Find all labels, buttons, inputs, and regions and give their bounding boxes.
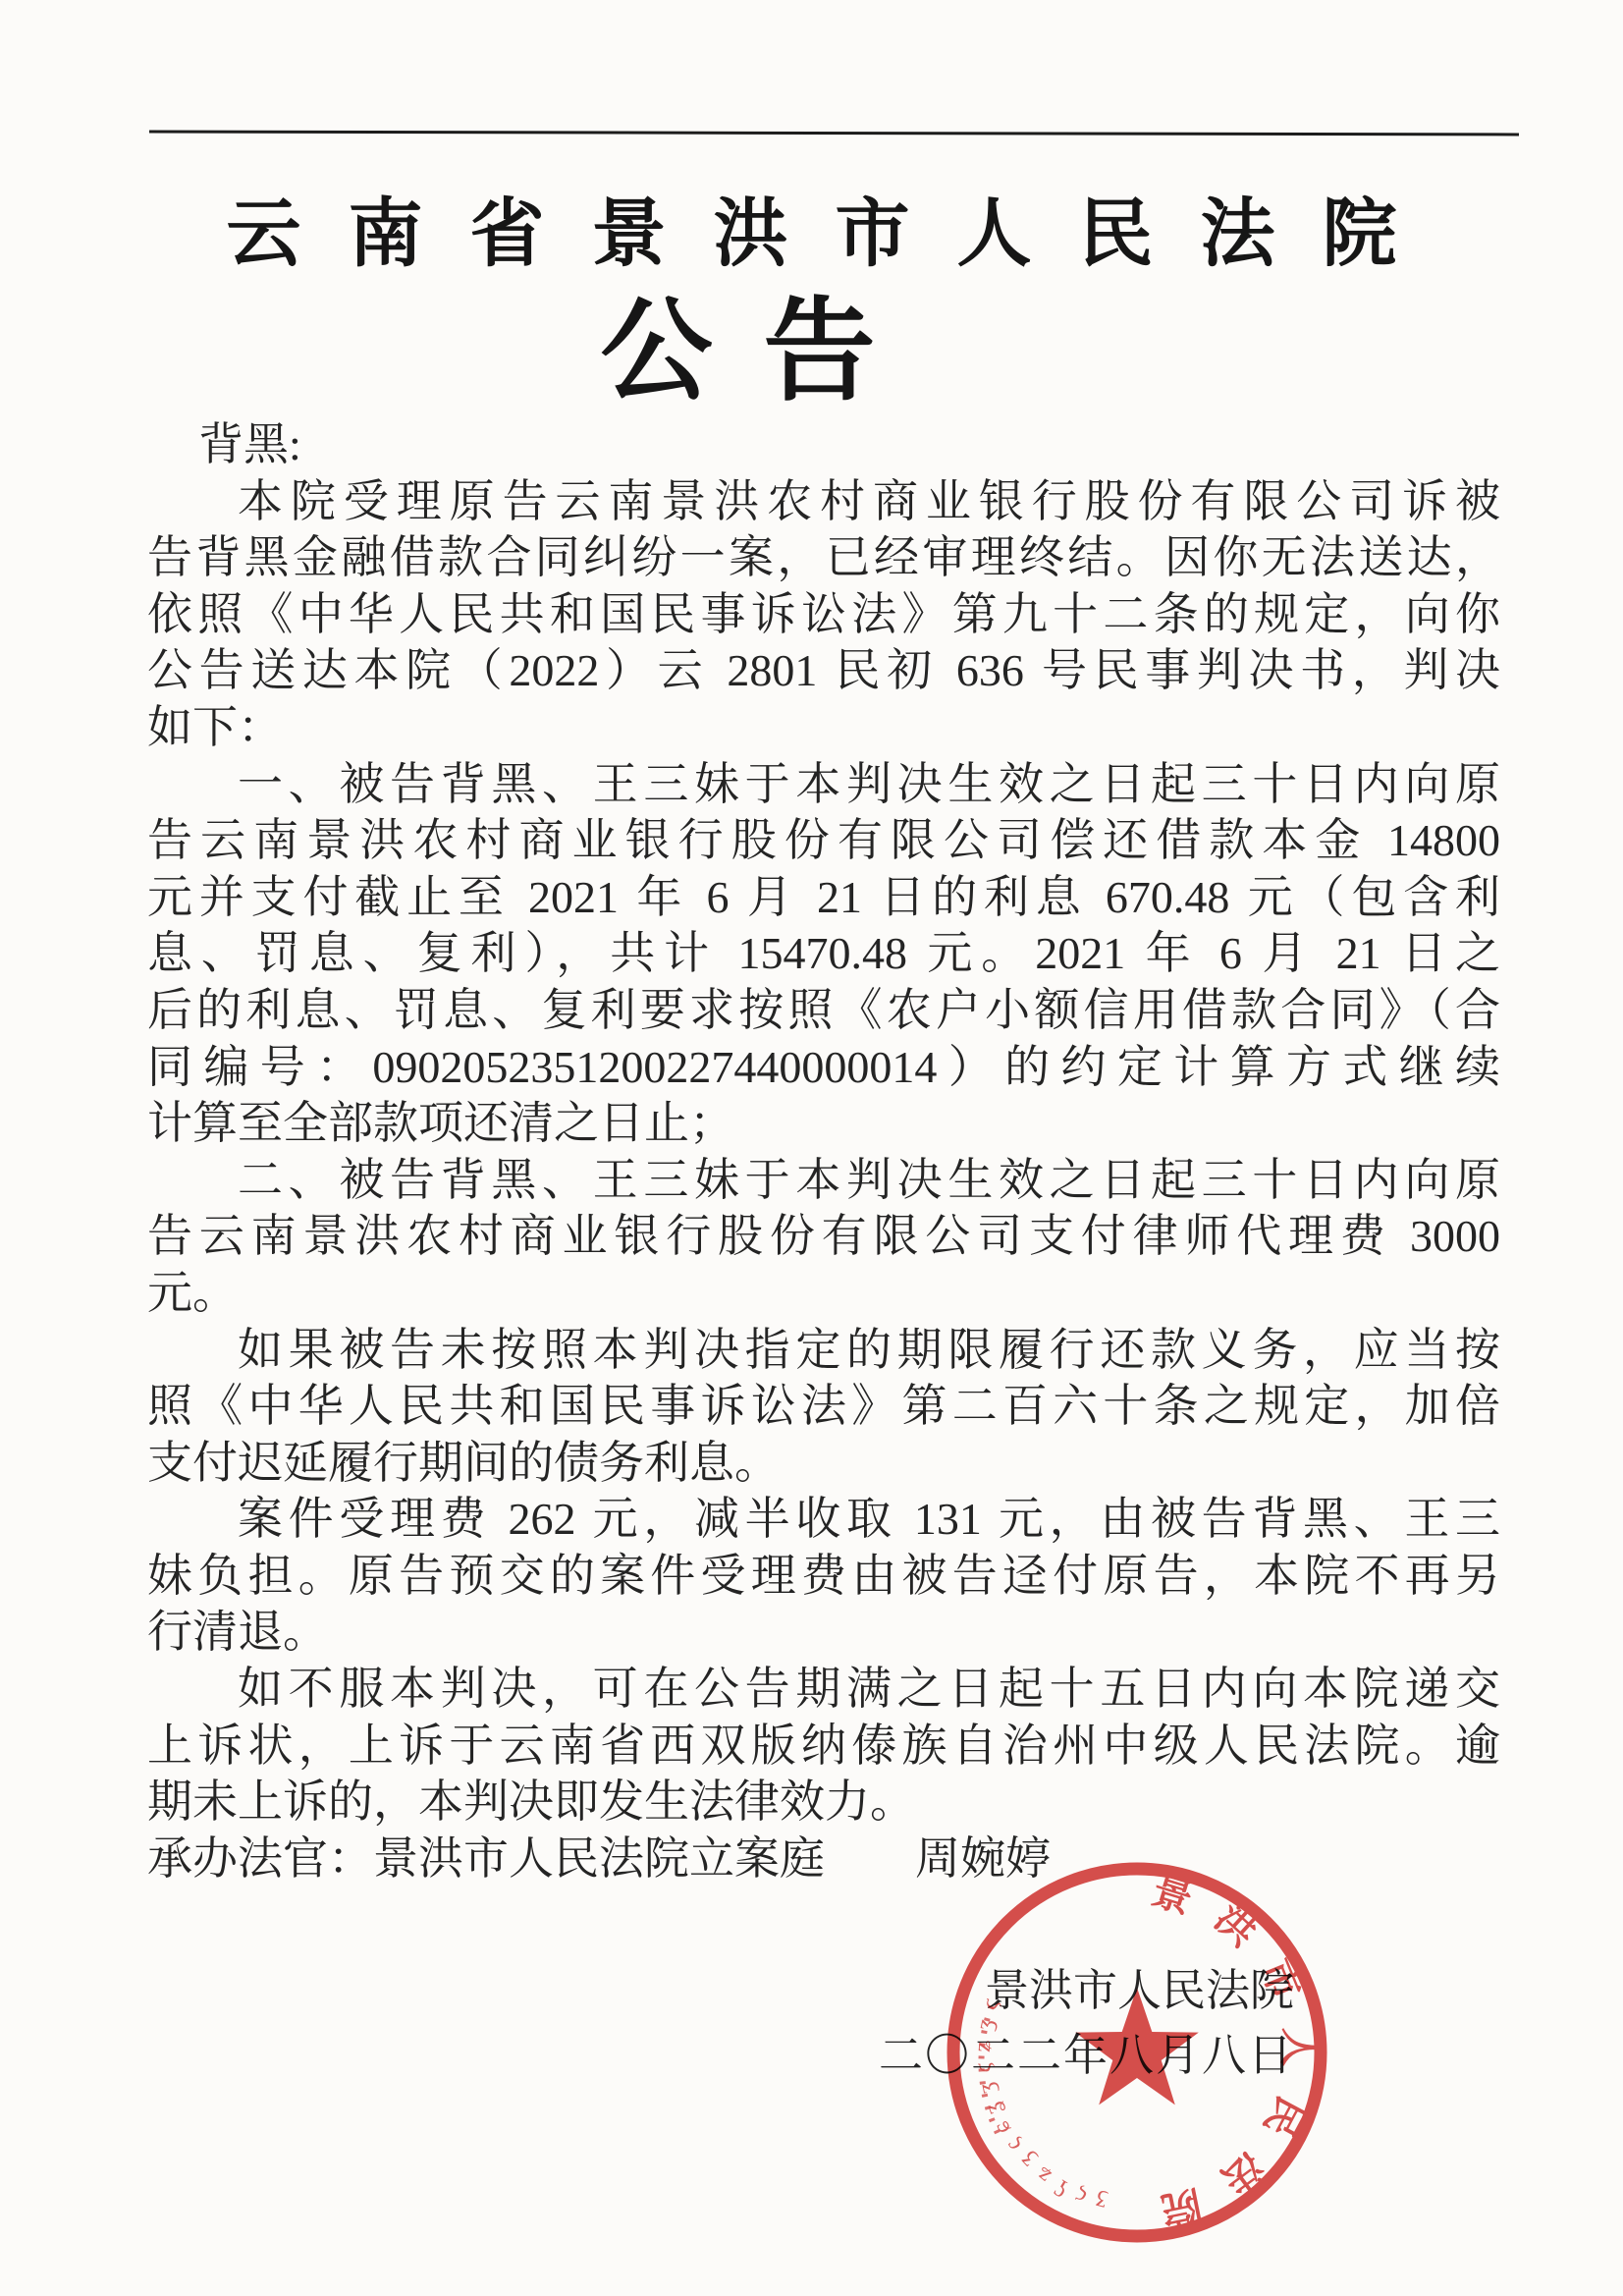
official-court-seal: 景洪市人民法院 ʒϛʕʑʒςɕʓʒϛʑʒϛ xyxy=(933,1848,1341,2257)
body-line: 元并支付截止至 2021 年 6 月 21 日的利息 670.48 元（包含利 xyxy=(147,869,1500,926)
body-line: 上诉状，上诉于云南省西双版纳傣族自治州中级人民法院。逾 xyxy=(147,1718,1500,1775)
seal-star xyxy=(1075,1988,1199,2105)
body-line: 一、被告背黑、王三妹于本判决生效之日起三十日内向原 xyxy=(147,756,1500,813)
body-line: 妹负担。原告预交的案件受理费由被告迳付原告，本院不再另 xyxy=(147,1548,1500,1605)
body-line: 息、罚息、复利），共计 15470.48 元。2021 年 6 月 21 日之 xyxy=(147,925,1500,982)
body-line: 本院受理原告云南景洪农村商业银行股份有限公司诉被 xyxy=(147,473,1500,530)
seal-dai-script-arc: ʒϛʕʑʒςɕʓʒϛʑʒϛ xyxy=(970,1986,1109,2215)
body-line: 告云南景洪农村商业银行股份有限公司偿还借款本金 14800 xyxy=(147,812,1500,869)
court-notice-page: 云南省景洪市人民法院 公告 背黑:本院受理原告云南景洪农村商业银行股份有限公司诉… xyxy=(0,0,1623,2296)
body-line: 同编号：0902052351200227440000014）的约定计算方式继续 xyxy=(147,1039,1500,1096)
body-line: 照《中华人民共和国民事诉讼法》第二百六十条之规定，加倍 xyxy=(147,1378,1500,1435)
body-line: 背黑: xyxy=(147,416,1500,473)
body-line: 告背黑金融借款合同纠纷一案，已经审理终结。因你无法送达， xyxy=(147,529,1500,586)
body-line: 后的利息、罚息、复利要求按照《农户小额信用借款合同》（合 xyxy=(147,982,1500,1039)
body-line: 元。 xyxy=(147,1265,1500,1322)
body-line: 案件受理费 262 元，减半收取 131 元，由被告背黑、王三 xyxy=(147,1491,1500,1548)
body: 背黑:本院受理原告云南景洪农村商业银行股份有限公司诉被告背黑金融借款合同纠纷一案… xyxy=(147,416,1500,1886)
court-title: 云南省景洪市人民法院 xyxy=(0,194,1623,277)
body-line: 如不服本判决，可在公告期满之日起十五日内向本院递交 xyxy=(147,1661,1500,1718)
notice-title: 公告 xyxy=(0,291,1623,413)
body-line: 计算至全部款项还清之日止； xyxy=(147,1095,1500,1152)
body-line: 期未上诉的，本判决即发生法律效力。 xyxy=(147,1774,1500,1831)
svg-text:ʒϛʕʑʒςɕʓʒϛʑʒϛ: ʒϛʕʑʒςɕʓʒϛʑʒϛ xyxy=(970,1986,1109,2215)
body-line: 如下： xyxy=(147,699,1500,756)
body-line: 如果被告未按照本判决指定的期限履行还款义务，应当按 xyxy=(147,1322,1500,1379)
body-line: 告云南景洪农村商业银行股份有限公司支付律师代理费 3000 xyxy=(147,1208,1500,1265)
body-line: 公告送达本院（2022）云 2801 民初 636 号民事判决书，判决 xyxy=(147,642,1500,699)
top-rule xyxy=(149,131,1519,137)
body-line: 依照《中华人民共和国民事诉讼法》第九十二条的规定，向你 xyxy=(147,586,1500,643)
body-line: 支付迟延履行期间的债务利息。 xyxy=(147,1435,1500,1492)
body-line: 行清退。 xyxy=(147,1604,1500,1661)
body-line: 二、被告背黑、王三妹于本判决生效之日起三十日内向原 xyxy=(147,1152,1500,1209)
